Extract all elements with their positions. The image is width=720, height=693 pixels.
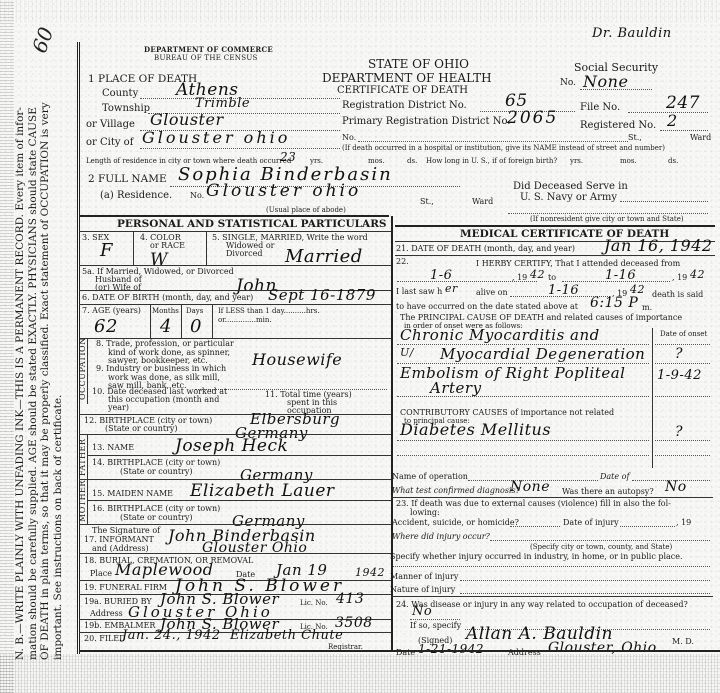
residence-length-value: 23	[280, 150, 296, 164]
autopsy-label: Was there an autopsy?	[562, 487, 654, 496]
burial-place-label: Place	[90, 569, 112, 578]
us-yrs: yrs.	[570, 157, 583, 165]
hospital-note: (If death occurred in a hospital or inst…	[342, 144, 665, 152]
trade-value: Housewife	[252, 350, 342, 369]
primary-reg-label: Primary Registration District No.	[342, 116, 510, 127]
father-birthplace-label-2: (State or country)	[120, 467, 193, 476]
birthplace-label-2: (State or country)	[105, 424, 178, 433]
margin-line: important. See instructions on back of c…	[52, 60, 65, 660]
primary-reg-value: 2065	[507, 108, 558, 128]
certificate-title: CERTIFICATE OF DEATH	[337, 85, 468, 96]
attended-to-year: 42	[690, 268, 705, 281]
operation-label: Name of operation	[392, 472, 468, 481]
death-said-label: death is said	[652, 290, 703, 299]
trade-label: 8. Trade, profession, or particular kind…	[96, 340, 234, 366]
where-label: Where did injury occur?	[392, 532, 490, 541]
residence-st: St.,	[420, 197, 434, 206]
specify-industry-label: Specify whether injury occurred in indus…	[390, 552, 683, 561]
alive-on-label: alive on	[476, 288, 508, 297]
st-label: St.,	[628, 133, 642, 142]
certify-num: 22.	[396, 257, 409, 266]
margin-line: OF DEATH in plain terms, so that it may …	[39, 60, 52, 660]
age-label: 7. AGE (years)	[82, 306, 141, 315]
less-than-label: If LESS than 1 day..........hrs.	[218, 307, 320, 315]
age-months-value: 4	[160, 316, 172, 337]
ss-no-label: No.	[560, 78, 576, 88]
attended-from-year: 42	[530, 268, 545, 281]
county-label: County	[102, 88, 138, 99]
mother-name-label: 15. MAIDEN NAME	[92, 489, 173, 498]
registered-no-value: 2	[667, 111, 678, 130]
dept-commerce: DEPARTMENT OF COMMERCE	[144, 45, 273, 54]
dob-label: 6. DATE OF BIRTH (month, day, and year)	[82, 293, 253, 302]
injury-year-label: , 19	[676, 518, 691, 527]
m-label: m.	[642, 303, 652, 312]
cause-onset-2: 1-9-42	[657, 368, 702, 383]
nature-label: Nature of injury	[390, 585, 455, 594]
last-saw-label: I last saw h	[396, 287, 442, 296]
scan-noise-bottom	[0, 654, 720, 693]
bureau-census: BUREAU OF THE CENSUS	[154, 54, 258, 62]
dod-label: 21. DATE OF DEATH (month, day, and year)	[396, 244, 575, 253]
mother-birthplace-label-1: 16. BIRTHPLACE (city or town)	[92, 504, 220, 513]
margin-line: N. B.—WRITE PLAINLY WITH UNFADING INK—TH…	[14, 60, 27, 660]
less-than-label-2: or..............min.	[218, 316, 272, 324]
usual-abode-note: (Usual place of abode)	[266, 206, 346, 214]
no-label: No.	[342, 133, 356, 142]
principal-label-1: The PRINCIPAL CAUSE OF DEATH and related…	[400, 313, 682, 322]
last-worked-label: 10. Date deceased last worked at this oc…	[92, 388, 227, 412]
dod-value: Jan 16, 1942	[604, 236, 713, 255]
mother-birthplace-label-2: (State or country)	[120, 513, 193, 522]
specify-place-note: (Specify city or town, county, and State…	[530, 543, 672, 551]
death-certificate: Dr. Bauldin 60 N. B.—WRITE PLAINLY WITH …	[0, 0, 720, 693]
occupation-related-value: No	[412, 604, 432, 619]
buried-by-address-label: Address	[90, 609, 123, 618]
full-name-label: 2 FULL NAME	[88, 173, 167, 185]
funeral-firm-label: 19. FUNERAL FIRM	[84, 583, 167, 592]
father-vlabel: FATHER	[78, 439, 87, 476]
sex-value: F	[100, 240, 113, 261]
external-label-1: 23. If death was due to external causes …	[396, 499, 671, 508]
manner-label: Manner of injury	[390, 572, 458, 581]
village-value: Glouster	[150, 110, 224, 129]
residence-no-label: No.	[190, 191, 204, 200]
father-name-label: 13. NAME	[92, 443, 134, 452]
cause-onset-1: ?	[675, 346, 683, 362]
attended-to-19: , 19	[672, 273, 687, 282]
sign-date-value: 1-21-1942	[418, 642, 484, 656]
operation-date-label: Date of	[600, 472, 629, 481]
contributory-label-1: CONTRIBUTORY CAUSES of importance not re…	[400, 408, 614, 417]
cause-row-3: Artery	[430, 379, 482, 397]
ward-label: Ward	[690, 133, 711, 142]
state-title: STATE OF OHIO	[368, 57, 469, 71]
md-label: M. D.	[672, 637, 694, 646]
father-birthplace-label-1: 14. BIRTHPLACE (city or town)	[92, 458, 220, 467]
to-label: to	[548, 273, 556, 282]
accident-label: Accident, suicide, or homicide?	[392, 518, 519, 527]
mother-vlabel: MOTHER	[78, 480, 87, 522]
injury-date-label: Date of injury	[563, 518, 619, 527]
city-label: or City of	[86, 137, 133, 148]
if-so-label: If so, specify	[410, 621, 461, 630]
nonresident-note: (If nonresident give city or town and St…	[530, 215, 684, 223]
buried-by-lic-label: Lic. No.	[300, 599, 328, 607]
dept-health-title: DEPARTMENT OF HEALTH	[322, 71, 492, 85]
margin-number: 60	[27, 24, 58, 56]
file-no-label: File No.	[580, 102, 620, 113]
months-label: Months	[152, 307, 179, 315]
city-value: Glouster ohio	[142, 128, 290, 147]
attended-from-value: 1-6	[430, 268, 452, 283]
certify-label: I HERBY CERTIFY, That I attended decease…	[476, 259, 680, 268]
file-no-value: 247	[666, 93, 700, 113]
mother-name-value: Elizabeth Lauer	[190, 481, 335, 501]
margin-instructions: N. B.—WRITE PLAINLY WITH UNFADING INK—TH…	[14, 60, 74, 660]
navy-label-2: U. S. Navy or Army	[520, 192, 617, 203]
test-label: What test confirmed diagnosis?	[392, 486, 520, 495]
age-years-value: 62	[94, 316, 118, 337]
bottom-rule	[79, 650, 720, 652]
navy-label-1: Did Deceased Serve in	[513, 181, 628, 192]
onset-header: Date of onset	[660, 330, 707, 338]
marital-value: Married	[285, 246, 363, 267]
registrar-signature: Elizabeth Chute	[230, 628, 343, 643]
us-residence-label: How long in U. S., if of foreign birth?	[426, 157, 557, 165]
marital-label-3: Divorced	[226, 249, 262, 258]
scan-noise-top	[0, 0, 720, 22]
us-mos: mos.	[620, 157, 637, 165]
filed-label: 20. FILED	[84, 634, 126, 643]
external-label-2: lowing:	[410, 508, 440, 517]
us-ds: ds.	[668, 157, 678, 165]
residence-ward: Ward	[472, 197, 493, 206]
autopsy-value: No	[665, 479, 687, 495]
ds-label: ds.	[407, 157, 417, 165]
reg-district-label: Registration District No.	[342, 100, 467, 111]
township-label: Township	[102, 103, 150, 114]
corner-note: Dr. Bauldin	[592, 26, 672, 41]
margin-line: mation should be carefully supplied. AGE…	[27, 60, 40, 660]
burial-year-value: 1942	[355, 566, 385, 579]
cause-marker: U/	[400, 346, 414, 359]
occupation-vlabel: OCCUPATION	[78, 337, 87, 400]
dob-value: Sept 16-1879	[268, 286, 376, 304]
township-value: Trimble	[195, 96, 250, 111]
personal-section-title: PERSONAL AND STATISTICAL PARTICULARS	[117, 218, 387, 230]
contributory-onset-0: ?	[675, 424, 683, 440]
residence-value: Glouster ohio	[206, 181, 361, 201]
days-label: Days	[186, 307, 203, 315]
age-days-value: 0	[190, 316, 202, 337]
contributory-row-0: Diabetes Mellitus	[400, 420, 551, 439]
village-label: or Village	[86, 119, 135, 130]
time-value: 6:15 P	[590, 295, 638, 311]
informant-label: The Signature of 17. INFORMANT and (Addr…	[84, 526, 160, 553]
sign-address-value: Glouster, Ohio	[548, 640, 657, 656]
buried-by-lic-value: 413	[336, 591, 364, 607]
registered-no-label: Registered No.	[580, 120, 656, 131]
residence-label: (a) Residence.	[100, 190, 172, 201]
attended-from-19: , 19	[512, 273, 527, 282]
last-saw-her: er	[445, 282, 458, 295]
cause-row-0: Chronic Myocarditis and	[400, 326, 600, 344]
father-name-value: Joseph Heck	[175, 436, 288, 456]
cause-row-1: Myocardial Degeneration	[440, 345, 645, 363]
color-label-2: or RACE	[150, 241, 185, 250]
occurred-label: to have occurred on the date stated abov…	[396, 302, 578, 311]
occupation-related-label: 24. Was disease or injury in any way rel…	[396, 600, 688, 609]
test-value: None	[510, 479, 550, 495]
filed-date-value: Jan. 24., 1942	[122, 628, 221, 643]
scan-noise-left	[0, 0, 14, 693]
